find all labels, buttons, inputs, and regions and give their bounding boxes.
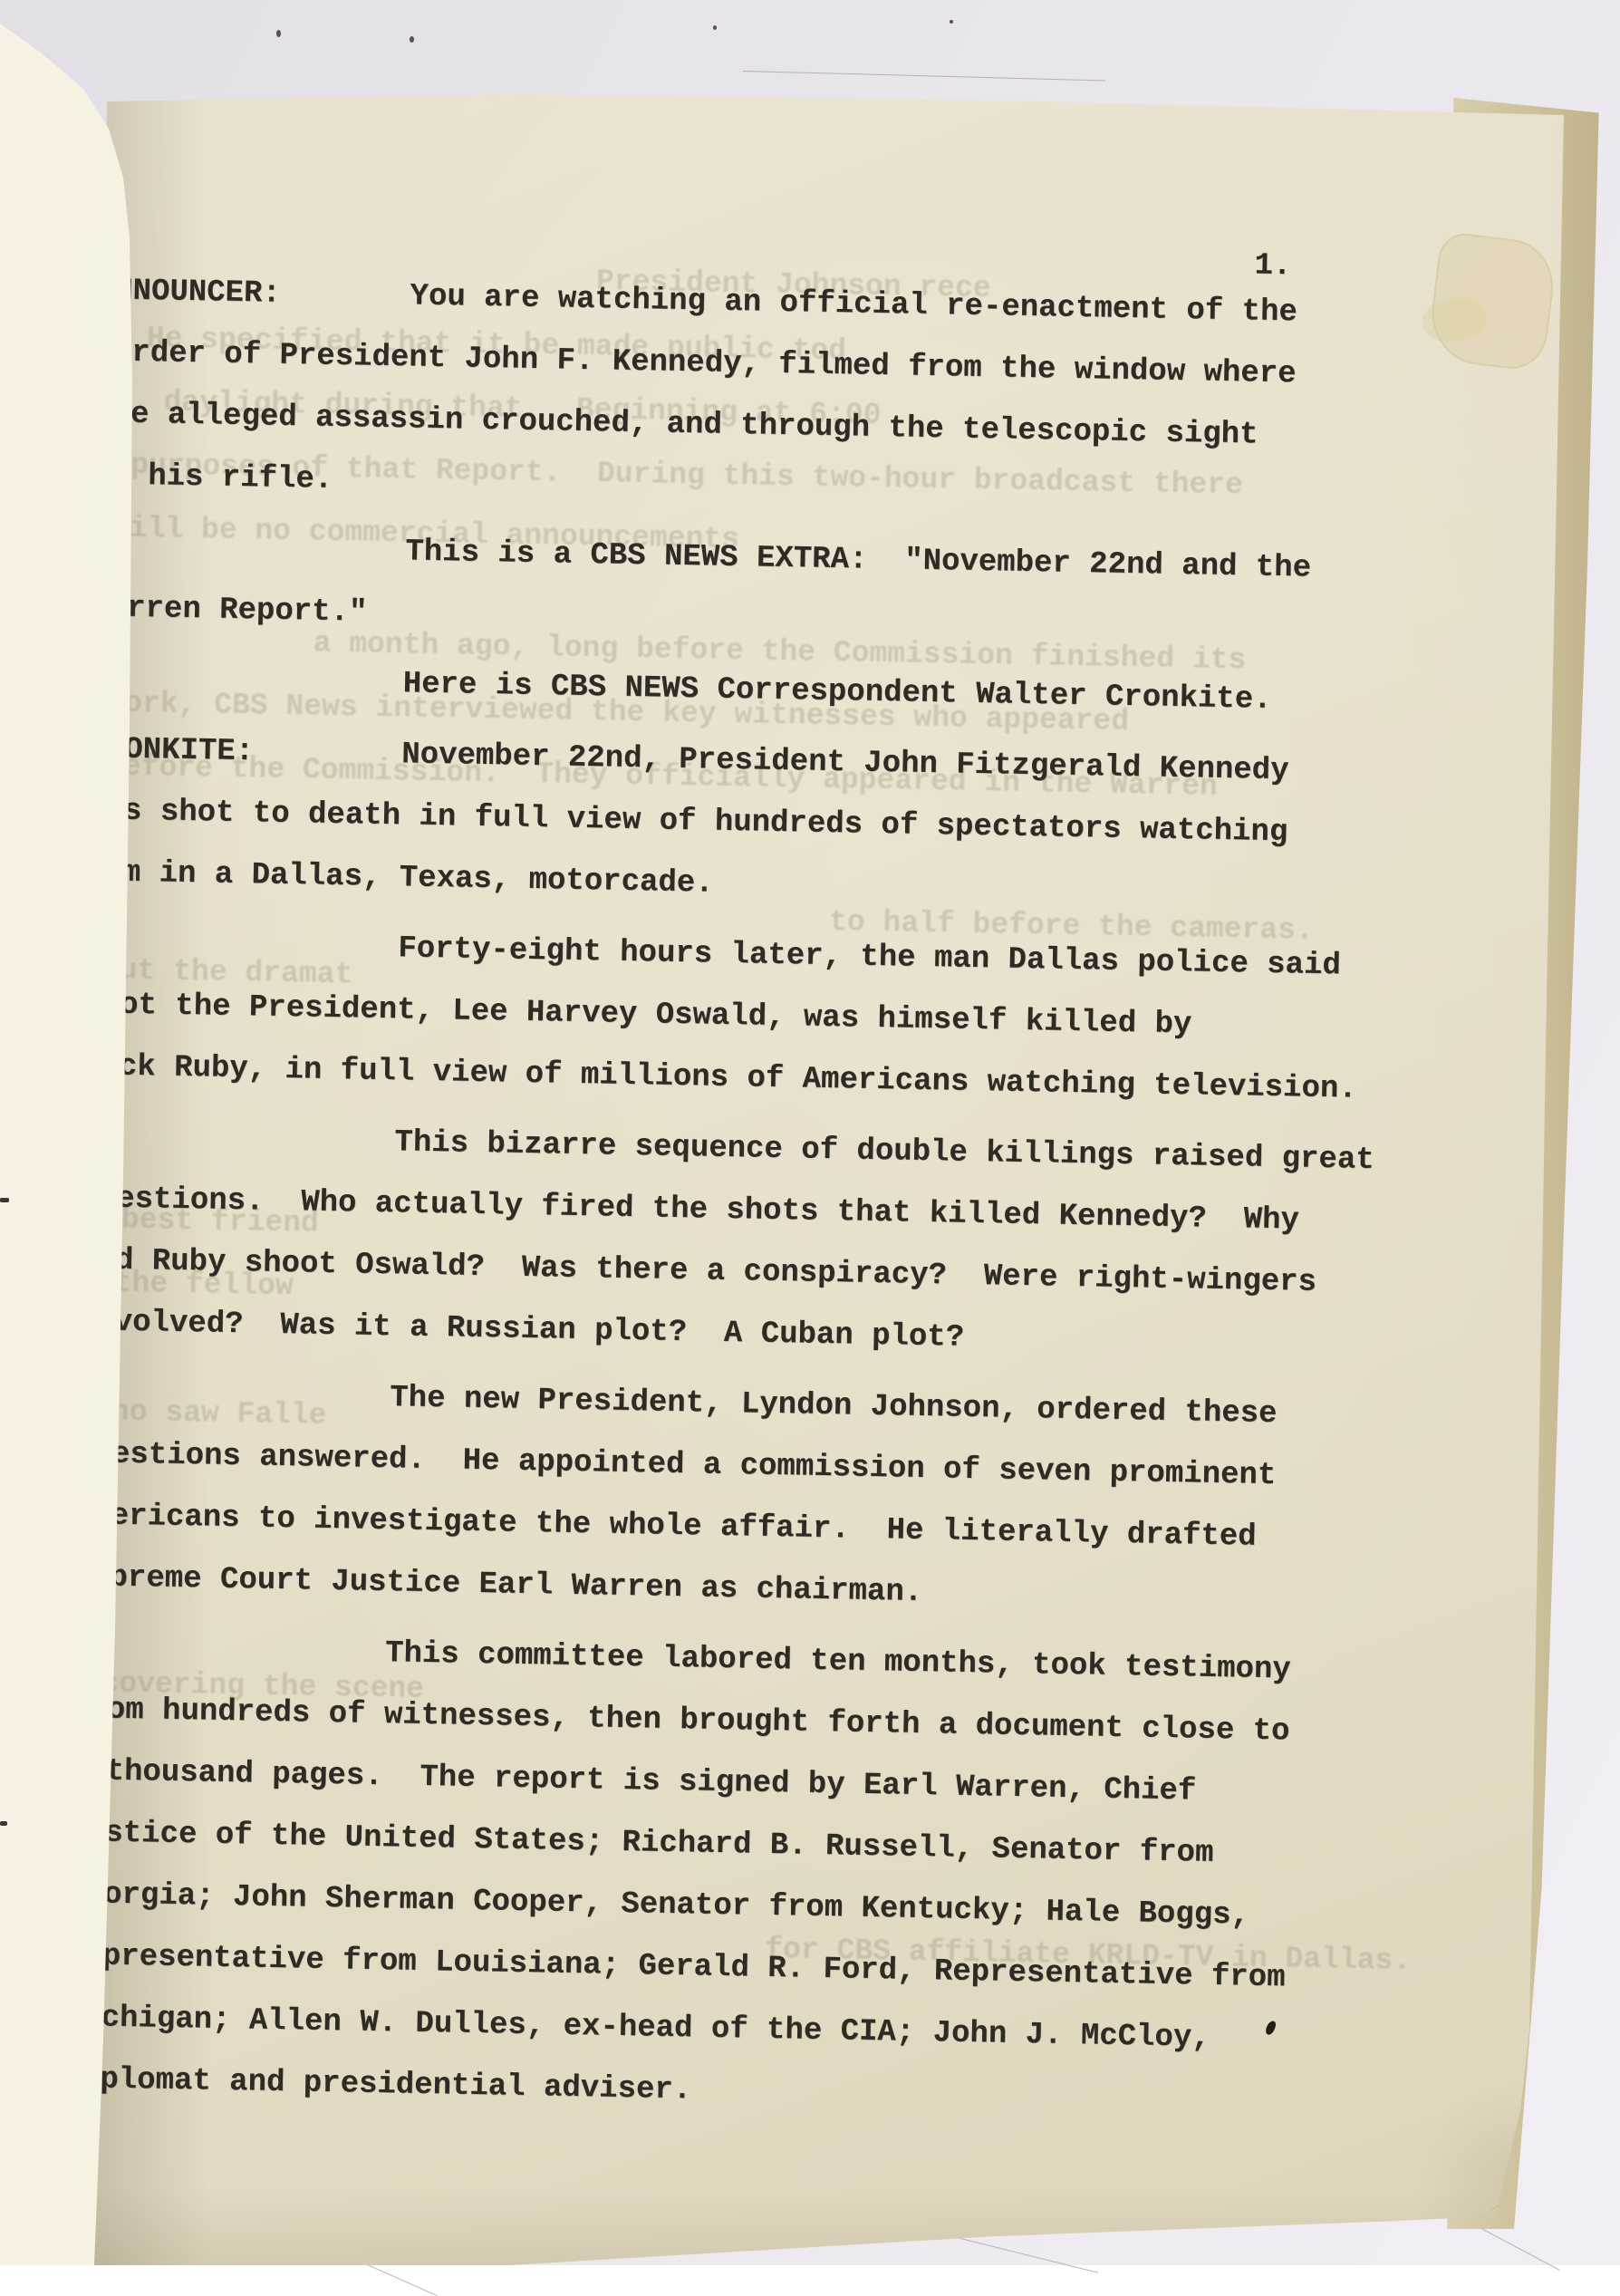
edge-mark — [0, 1198, 9, 1202]
dust-speck — [713, 25, 717, 30]
dust-speck — [276, 30, 281, 37]
dust-speck — [410, 36, 414, 43]
scratch-mark — [743, 71, 1105, 81]
typewritten-content: 1. President Johnson receHe specified th… — [0, 0, 1620, 2265]
dust-speck — [950, 20, 953, 24]
script-page: 1. President Johnson receHe specified th… — [0, 0, 1620, 2265]
photo-of-script-page: 1. President Johnson receHe specified th… — [0, 0, 1620, 2265]
typewritten-text: ANNOUNCER: You are watching an official … — [63, 260, 1509, 2136]
edge-mark — [0, 1821, 7, 1826]
